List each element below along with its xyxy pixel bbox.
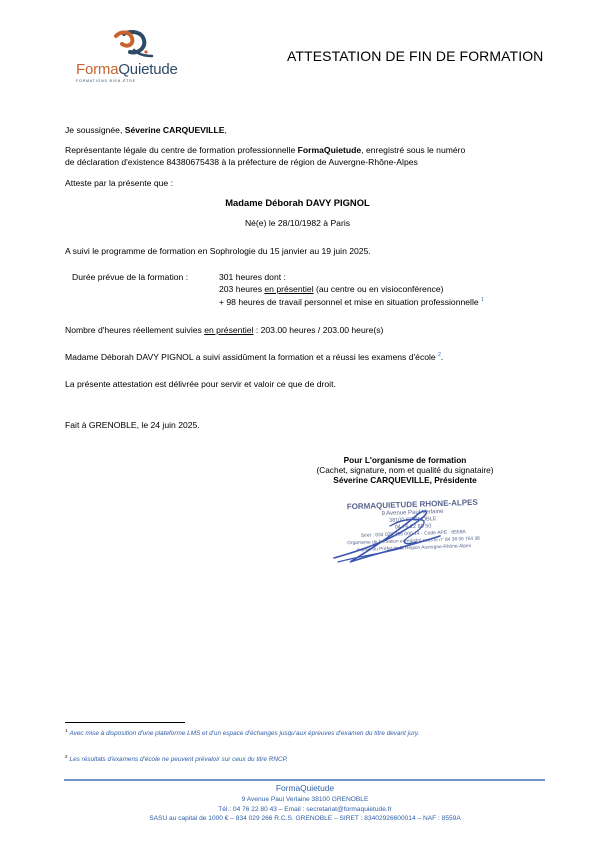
logo-wordmark: FormaQuietude bbox=[76, 61, 178, 78]
representative-line-2: de déclaration d'existence 84380675438 à… bbox=[65, 157, 418, 168]
intro-prefix: Je soussignée, bbox=[65, 125, 125, 135]
rep-suffix: , enregistré sous le numéro bbox=[361, 145, 465, 155]
organization-name: FormaQuietude bbox=[298, 145, 362, 155]
signature-org-line: Pour L'organisme de formation bbox=[300, 455, 510, 465]
footnote-2-number: 2 bbox=[65, 754, 68, 759]
rep-prefix: Représentante légale du centre de format… bbox=[65, 145, 298, 155]
duration-presential-suffix: (au centre ou en visioconférence) bbox=[314, 284, 444, 294]
document-title: ATTESTATION DE FIN DE FORMATION bbox=[287, 48, 543, 64]
footnote-2-text: Les résultats d'examens d'école ne peuve… bbox=[70, 756, 288, 763]
hours-value: : 203.00 heures / 203.00 heure(s) bbox=[253, 325, 383, 335]
duration-label: Durée prévue de la formation : bbox=[72, 272, 188, 283]
hours-underlined: en présentiel bbox=[204, 325, 253, 335]
duration-personal-work: + 98 heures de travail personnel et mise… bbox=[219, 297, 484, 308]
footer-divider bbox=[64, 779, 545, 781]
footer-address: 9 Avenue Paul Verlaine 38100 GRENOBLE bbox=[60, 796, 550, 803]
duration-presential-underlined: en présentiel bbox=[264, 284, 313, 294]
logo-tagline: FORMATIONS BIEN-ÊTRE bbox=[76, 79, 136, 83]
intro-suffix: , bbox=[225, 125, 227, 135]
footer-legal: SASU au capital de 1000 € – 834 029 266 … bbox=[60, 815, 550, 822]
program-line: A suivi le programme de formation en Sop… bbox=[65, 246, 371, 257]
trainee-name: Madame Déborah DAVY PIGNOL bbox=[0, 197, 595, 208]
duration-presential-hours: 203 heures bbox=[219, 284, 264, 294]
q-swirl-logo-icon bbox=[106, 28, 166, 62]
footnote-1: 1Avec mise à disposition d'une plateform… bbox=[65, 728, 419, 737]
atteste-line: Atteste par la présente que : bbox=[65, 178, 173, 189]
trainee-birth: Né(e) le 28/10/1982 à Paris bbox=[0, 218, 595, 229]
duration-presential: 203 heures en présentiel (au centre ou e… bbox=[219, 284, 444, 295]
hours-prefix: Nombre d'heures réellement suivies bbox=[65, 325, 204, 335]
place-date: Fait à GRENOBLE, le 24 juin 2025. bbox=[65, 420, 200, 431]
footnote-1-number: 1 bbox=[65, 728, 68, 733]
success-end: . bbox=[441, 352, 443, 362]
handwritten-signature-icon bbox=[330, 496, 490, 580]
logo-brand-forma: Forma bbox=[76, 61, 118, 78]
footnote-ref-1[interactable]: 1 bbox=[481, 297, 484, 303]
success-text: Madame Déborah DAVY PIGNOL a suivi assid… bbox=[65, 352, 436, 362]
success-line: Madame Déborah DAVY PIGNOL a suivi assid… bbox=[65, 352, 443, 363]
footnote-separator bbox=[65, 722, 185, 723]
duration-personal-text: + 98 heures de travail personnel et mise… bbox=[219, 297, 479, 307]
representative-line-1: Représentante légale du centre de format… bbox=[65, 145, 465, 156]
duration-total: 301 heures dont : bbox=[219, 272, 286, 283]
footer-contact: Tél.: 04 76 22 80 43 – Email : secretari… bbox=[60, 806, 550, 813]
closing-line: La présente attestation est délivrée pou… bbox=[65, 379, 336, 390]
signature-block: Pour L'organisme de formation (Cachet, s… bbox=[300, 455, 510, 485]
company-logo: FormaQuietude FORMATIONS BIEN-ÊTRE bbox=[72, 28, 192, 88]
logo-brand-quietude: Quietude bbox=[118, 61, 177, 78]
signatory-name: Séverine CARQUEVILLE bbox=[125, 125, 225, 135]
company-stamp: FORMAQUIETUDE RHONE-ALPES 9 Avenue Paul … bbox=[330, 496, 490, 580]
signatory-title: Séverine CARQUEVILLE, Présidente bbox=[300, 475, 510, 485]
signature-instruction: (Cachet, signature, nom et qualité du si… bbox=[300, 465, 510, 475]
footnote-2: 2Les résultats d'examens d'école ne peuv… bbox=[65, 754, 288, 763]
hours-followed-line: Nombre d'heures réellement suivies en pr… bbox=[65, 325, 383, 336]
footnote-1-text: Avec mise à disposition d'une plateforme… bbox=[70, 730, 420, 737]
intro-line: Je soussignée, Séverine CARQUEVILLE, bbox=[65, 125, 227, 136]
footer-company: FormaQuietude bbox=[60, 783, 550, 793]
